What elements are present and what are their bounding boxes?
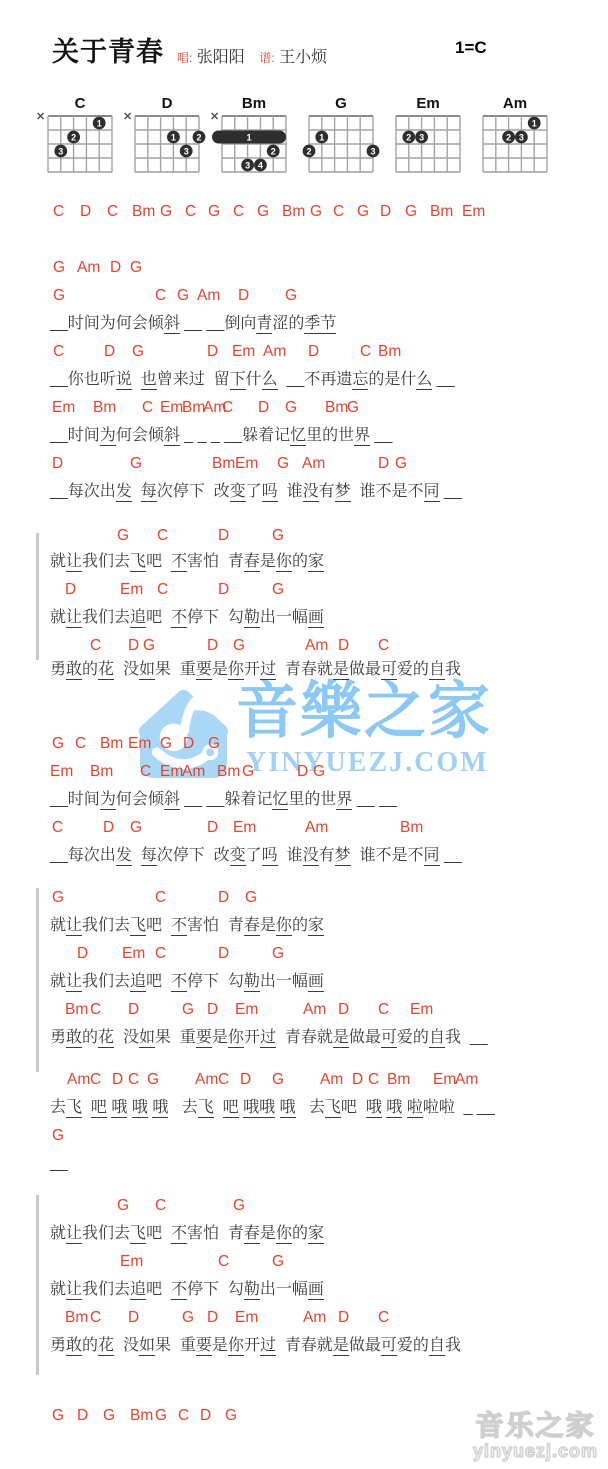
lyric-segment: 是 (260, 917, 276, 934)
svg-text:2: 2 (196, 132, 201, 142)
chord-token: G (272, 580, 284, 600)
chord-token: Am (263, 342, 286, 362)
tab-label: 谱: (259, 51, 274, 65)
svg-text:1: 1 (171, 132, 176, 142)
lyric-segment: 梦 (335, 483, 351, 502)
chord-token: G (310, 202, 322, 222)
lyric-segment: 不 (171, 609, 187, 628)
lyric-line: __你也听说 也曾来过 留下什么 __不再遗忘的是什么 __ (50, 370, 455, 390)
chord-token: G (117, 1196, 129, 1216)
lyric-segment: 谁 (278, 847, 303, 864)
chord-token: G (130, 454, 142, 474)
lyric-segment: 我 (445, 1337, 461, 1354)
chord-token: G (52, 734, 64, 754)
chord-token: D (183, 734, 194, 754)
chord-token: G (242, 762, 254, 782)
lyric-segment: 何会倾 (116, 791, 164, 808)
svg-text:4: 4 (258, 160, 263, 170)
lyric-segment: 谁 (278, 483, 303, 500)
chord-token: C (53, 342, 64, 362)
chord-token: Am (182, 762, 205, 782)
chord-token: Em (433, 1070, 456, 1090)
lyric-line: __每次出发 每次停下 改变了吗 谁没有梦 谁不是不同 __ (50, 482, 462, 502)
chord-token: G (272, 1252, 284, 1272)
chord-token: Bm (325, 398, 348, 418)
lyric-segment: 每 (141, 483, 157, 502)
lyric-segment: 的 (292, 553, 308, 570)
lyric-segment: 做最 (349, 1029, 381, 1046)
lyric-segment: 么 (262, 371, 278, 390)
lyric-segment: 吧 (146, 1281, 171, 1298)
lyric-segment: __ __ (352, 791, 396, 808)
lyric-segment: __ (50, 427, 68, 444)
lyric-segment (214, 1099, 223, 1116)
lyric-segment: 里的世 (306, 427, 354, 444)
lyric-segment: 家 (308, 553, 324, 572)
chord-diagram-G: G123 (295, 96, 383, 180)
lyric-segment: 不 (171, 973, 187, 992)
lyric-segment: __ (50, 483, 68, 500)
chord-token: C (368, 1070, 379, 1090)
lyric-segment: 如 (139, 1337, 155, 1356)
chord-sheet-page: 关于青春 唱: 张阳阳 谱: 王小烦 1=C 音樂之家 YINYUEZJ.COM… (0, 0, 608, 1469)
lyric-segment: 家 (308, 1225, 324, 1244)
lyric-segment: 是 (212, 661, 228, 678)
chord-token: Am (197, 286, 220, 306)
lyric-segment: 曾来过 留 (157, 371, 230, 388)
lyric-segment: 的 (82, 1029, 98, 1046)
lyric-segment: 飞 (130, 1225, 146, 1244)
lyric-segment: 时间为何会倾 (68, 315, 164, 332)
lyric-segment: 勒 (244, 973, 260, 992)
vocal-name: 张阳阳 (197, 49, 245, 66)
lyric-line: 就让我们去飞吧 不害怕 青春是你的家 (50, 916, 324, 936)
chord-token: Bm (212, 454, 235, 474)
lyric-segment: 停下 勾 (187, 1281, 244, 1298)
lyric-segment: 我们去 (82, 973, 130, 990)
svg-text:Bm: Bm (242, 96, 266, 112)
chord-token: G (155, 1406, 167, 1426)
chord-token: G (52, 888, 64, 908)
lyric-segment: 去 (296, 1099, 325, 1116)
lyric-segment: 是 (212, 1029, 228, 1046)
chord-token: D (338, 1000, 349, 1020)
chord-token: G (160, 202, 172, 222)
lyric-segment: 出一幅 (260, 1281, 308, 1298)
lyric-segment: 啦啦 _ __ (423, 1099, 495, 1116)
lyric-segment: 了 (246, 483, 262, 500)
chord-token: Bm (130, 1406, 153, 1426)
chord-token: Am (305, 818, 328, 838)
lyric-segment: 吧 (146, 553, 171, 570)
lyric-segment: 哦 (280, 1099, 296, 1118)
svg-text:1: 1 (319, 132, 324, 142)
chord-token: Bm (282, 202, 305, 222)
chord-token: G (347, 398, 359, 418)
chord-token: C (128, 1070, 139, 1090)
lyric-segment: 吧 (146, 1225, 171, 1242)
chord-token: D (112, 1070, 123, 1090)
chord-token: C (52, 818, 63, 838)
chord-token: Am (320, 1070, 343, 1090)
lyric-segment: 如 (139, 661, 155, 680)
lyric-segment: 做最 (349, 1337, 381, 1354)
lyric-segment: 为 (100, 791, 116, 810)
lyric-segment: 画 (308, 1281, 324, 1300)
chord-token: Am (67, 1070, 90, 1090)
lyric-segment: 去 (50, 1099, 66, 1116)
chord-token: C (140, 762, 151, 782)
lyric-segment: 我们去 (82, 553, 130, 570)
chord-token: Am (303, 1000, 326, 1020)
svg-text:1: 1 (532, 118, 537, 128)
lyric-segment: 时间 (68, 427, 100, 444)
chord-token: Em (128, 734, 151, 754)
lyric-segment: 吗 (262, 483, 278, 502)
lyric-segment: 自 (429, 1337, 445, 1356)
lyric-segment: 谁不是不 (351, 483, 424, 500)
svg-text:3: 3 (245, 160, 250, 170)
chord-token: G (130, 818, 142, 838)
chord-token: C (222, 398, 233, 418)
chord-token: G (52, 1126, 64, 1146)
chord-token: Em (410, 1000, 433, 1020)
lyric-segment (132, 371, 141, 388)
svg-text:2: 2 (506, 132, 511, 142)
chord-token: G (53, 286, 65, 306)
lyric-segment: 涩的 (272, 315, 304, 332)
lyric-segment: 果 重 (155, 1337, 196, 1354)
lyric-segment: 害怕 青 (187, 553, 244, 570)
lyric-segment: 下 (230, 371, 246, 390)
lyric-segment: 你 (276, 1225, 292, 1244)
lyric-line: __ (50, 1154, 68, 1174)
chord-token: Em (235, 1308, 258, 1328)
lyric-segment: 同 (424, 483, 440, 502)
lyric-segment: 自 (429, 1029, 445, 1048)
chord-token: Em (122, 944, 145, 964)
chord-token: Em (462, 202, 485, 222)
lyric-segment: _ _ _ __ (180, 427, 242, 444)
chord-token: Em (232, 342, 255, 362)
lyric-segment: 季节 (304, 315, 336, 334)
chord-diagram-Bm: Bm✕1234 (208, 96, 296, 180)
lyric-segment: 吗 (262, 847, 278, 866)
lyric-segment: 每次出 (68, 483, 116, 500)
lyric-segment: 吧 (146, 609, 171, 626)
lyric-segment: 让 (66, 917, 82, 936)
chord-token: C (218, 1070, 229, 1090)
lyric-segment: 说 (116, 371, 132, 390)
svg-text:2: 2 (406, 132, 411, 142)
lyric-segment (132, 483, 141, 500)
lyric-segment: 的 (82, 1337, 98, 1354)
lyric-segment: 躲着记 (224, 791, 272, 808)
lyric-segment: 果 重 (155, 1029, 196, 1046)
lyric-segment: 要 (196, 661, 212, 680)
lyric-segment: 发 (116, 847, 132, 866)
lyric-segment: 过 (260, 1337, 276, 1356)
chord-token: D (207, 1308, 218, 1328)
lyric-line: __时间为何会倾斜 __ __躲着记忆里的世界 __ __ (50, 790, 397, 810)
lyric-segment: 可 (381, 1029, 397, 1048)
lyric-line: 就让我们去飞吧 不害怕 青春是你的家 (50, 552, 324, 572)
lyric-segment: 花 (98, 661, 114, 680)
lyric-segment: __ (461, 1029, 488, 1046)
chord-token: Em (233, 818, 256, 838)
lyric-line: 勇敢的花 没如果 重要是你开过 青春就是做最可爱的自我 (50, 660, 461, 680)
lyric-segment: 让 (66, 1225, 82, 1244)
chord-token: C (155, 1196, 166, 1216)
chord-token: G (313, 762, 325, 782)
lyric-segment: 春 (244, 917, 260, 936)
lyric-segment: 里的世 (288, 791, 336, 808)
svg-text:3: 3 (519, 132, 524, 142)
chord-token: G (257, 202, 269, 222)
lyric-segment: 同 (424, 847, 440, 866)
lyric-segment: 没 (303, 483, 319, 502)
lyric-segment: 就 (50, 1225, 66, 1242)
chord-token: G (103, 1406, 115, 1426)
svg-text:3: 3 (419, 132, 424, 142)
lyric-segment: 可 (381, 1337, 397, 1356)
corner-watermark: 音乐之家 yinyuezj.com (473, 1411, 598, 1461)
chord-token: G (53, 258, 65, 278)
lyric-segment: 追 (130, 1281, 146, 1300)
lyric-segment: 敢 (66, 1337, 82, 1356)
lyric-segment: 我 (445, 661, 461, 678)
lyric-segment: 你 (228, 1029, 244, 1048)
chord-token: D (338, 636, 349, 656)
chord-token: G (405, 202, 417, 222)
chord-token: Em (120, 1252, 143, 1272)
chord-token: D (110, 258, 121, 278)
lyric-segment: 就 (50, 973, 66, 990)
lyric-segment: 画 (308, 609, 324, 628)
svg-text:1: 1 (97, 118, 102, 128)
chord-token: G (132, 342, 144, 362)
lyric-segment: 也 (141, 371, 157, 390)
chord-token: C (107, 202, 118, 222)
lyric-line: __时间为何会倾斜 __ __倒向青涩的季节 (50, 314, 336, 334)
lyric-segment: 不 (171, 917, 187, 936)
lyric-segment: 不 (171, 1281, 187, 1300)
chord-token: G (52, 1406, 64, 1426)
chord-token: D (238, 286, 249, 306)
lyric-segment: __ (370, 427, 392, 444)
lyric-segment: 去 (168, 1099, 197, 1116)
chord-token: Bm (182, 398, 205, 418)
vocal-label: 唱: (177, 51, 192, 65)
chord-diagram-Em: Em23 (382, 96, 470, 180)
svg-text:✕: ✕ (123, 111, 132, 123)
lyric-segment: 勇 (50, 1029, 66, 1046)
lyric-segment: 不 (171, 553, 187, 572)
chord-token: G (160, 734, 172, 754)
chord-token: Em (160, 398, 183, 418)
chord-token: G (143, 636, 155, 656)
chord-token: G (272, 944, 284, 964)
chord-token: Bm (93, 398, 116, 418)
lyric-segment: 害怕 青 (187, 1225, 244, 1242)
chord-token: D (218, 526, 229, 546)
lyric-segment: 青春就 (276, 1029, 333, 1046)
lyric-segment: 让 (66, 973, 82, 992)
chord-token: C (53, 202, 64, 222)
lyric-segment: 爱的 (397, 1029, 429, 1046)
chord-token: D (352, 1070, 363, 1090)
lyric-segment: 花 (98, 1337, 114, 1356)
lyric-line: __每次出发 每次停下 改变了吗 谁没有梦 谁不是不同 __ (50, 846, 462, 866)
lyric-segment: 自 (429, 661, 445, 680)
lyric-segment: __ (50, 371, 68, 388)
chord-token: D (200, 1406, 211, 1426)
lyric-segment: 变 (230, 483, 246, 502)
lyric-segment: __ (50, 315, 68, 332)
chord-token: G (147, 1070, 159, 1090)
lyric-segment: 忆 (290, 427, 306, 446)
corner-watermark-brand: 音乐之家 (473, 1411, 598, 1441)
lyric-segment: 倒向 (224, 315, 256, 332)
chord-token: D (128, 1308, 139, 1328)
lyric-line: 就让我们去追吧 不停下 勾勒出一幅画 (50, 608, 324, 628)
lyric-segment: 不 (171, 1225, 187, 1244)
lyric-segment: __ (50, 791, 68, 808)
svg-text:2: 2 (271, 146, 276, 156)
lyric-segment: 次停下 改 (157, 483, 230, 500)
svg-text:✕: ✕ (210, 111, 219, 123)
chord-token: Bm (378, 342, 401, 362)
chord-token: G (357, 202, 369, 222)
lyric-segment: __ (50, 1155, 68, 1172)
lyric-segment: 吧 (146, 973, 171, 990)
chord-token: C (333, 202, 344, 222)
chord-token: C (142, 398, 153, 418)
chord-token: Em (235, 454, 258, 474)
lyric-segment: 没 (114, 661, 139, 678)
lyric-segment: 爱的 (397, 1337, 429, 1354)
chord-token: C (90, 636, 101, 656)
lyric-segment: 飞 (198, 1099, 214, 1118)
svg-text:C: C (75, 96, 86, 112)
chord-token: D (378, 454, 389, 474)
lyric-segment: 勒 (244, 1281, 260, 1300)
lyric-segment: 何会倾 (116, 427, 164, 444)
chord-token: C (378, 1000, 389, 1020)
lyric-segment: 梦 (335, 847, 351, 866)
lyric-segment: 就 (50, 609, 66, 626)
chord-token: C (185, 202, 196, 222)
chord-token: D (103, 818, 114, 838)
lyric-segment: 让 (66, 1281, 82, 1300)
chord-token: D (104, 342, 115, 362)
svg-text:3: 3 (184, 146, 189, 156)
lyric-line: 就让我们去追吧 不停下 勾勒出一幅画 (50, 1280, 324, 1300)
svg-text:3: 3 (58, 146, 63, 156)
lyric-segment: 发 (116, 483, 132, 502)
key-signature: 1=C (455, 38, 487, 58)
lyric-segment: 你 (228, 1337, 244, 1356)
chord-token: D (77, 944, 88, 964)
lyric-segment: 了 (246, 847, 262, 864)
lyric-line: __时间为何会倾斜 _ _ _ __躲着记忆里的世界 __ (50, 426, 392, 446)
chord-token: D (297, 762, 308, 782)
lyric-segment: 开 (244, 1029, 260, 1046)
lyric-segment: 飞 (66, 1099, 82, 1118)
lyric-segment: 花 (98, 1029, 114, 1048)
lyric-segment: 要 (196, 1029, 212, 1048)
chord-token: D (218, 580, 229, 600)
chord-token: G (395, 454, 407, 474)
lyric-segment (132, 847, 141, 864)
lyric-segment: 变 (230, 847, 246, 866)
chord-token: D (128, 1000, 139, 1020)
corner-watermark-domain: yinyuezj.com (473, 1441, 598, 1461)
lyric-segment: 做最 (349, 661, 381, 678)
lyric-segment: 出一幅 (260, 609, 308, 626)
chord-diagram-Am: Am123 (469, 96, 557, 180)
lyric-segment: 就 (50, 1281, 66, 1298)
chord-token: D (77, 1406, 88, 1426)
lyric-segment: 我 (445, 1029, 461, 1046)
lyric-segment: 敢 (66, 661, 82, 680)
lyric-segment: 的是什 (368, 371, 416, 388)
lyric-segment: 忆 (272, 791, 288, 810)
lyric-segment: 要 (196, 1337, 212, 1356)
chord-token: Am (303, 1308, 326, 1328)
lyric-segment: 让 (66, 609, 82, 628)
chord-token: C (178, 1406, 189, 1426)
chord-token: Bm (217, 762, 240, 782)
lyric-segment: 我们去 (82, 609, 130, 626)
lyric-segment: 追 (130, 609, 146, 628)
chord-token: Bm (430, 202, 453, 222)
chord-token: C (155, 286, 166, 306)
lyric-segment: 你也听 (68, 371, 116, 388)
svg-text:Am: Am (503, 96, 527, 112)
chord-token: Am (77, 258, 100, 278)
tab-name: 王小烦 (279, 49, 327, 66)
credits: 唱: 张阳阳 谱: 王小烦 (177, 44, 337, 67)
lyric-segment: 哦哦 (243, 1099, 275, 1118)
chord-token: G (208, 734, 220, 754)
chord-token: G (272, 526, 284, 546)
chord-token: C (157, 526, 168, 546)
chord-token: G (177, 286, 189, 306)
chord-token: Am (305, 636, 328, 656)
chord-token: C (90, 1070, 101, 1090)
lyric-segment: 是 (260, 1225, 276, 1242)
lyric-segment: 的 (292, 917, 308, 934)
lyric-segment: 追 (130, 973, 146, 992)
lyric-segment: 勒 (244, 609, 260, 628)
lyric-segment: 次停下 改 (157, 847, 230, 864)
lyric-segment: 吧 (223, 1099, 239, 1118)
chord-token: D (80, 202, 91, 222)
lyric-segment: 为 (100, 427, 116, 446)
lyric-segment: 有 (319, 483, 335, 500)
chord-token: D (218, 944, 229, 964)
chord-token: G (182, 1308, 194, 1328)
lyric-segment: 开 (244, 661, 260, 678)
chord-token: G (182, 1000, 194, 1020)
chord-token: C (155, 888, 166, 908)
chord-token: Am (455, 1070, 478, 1090)
lyric-segment: 哦 (111, 1099, 127, 1118)
chord-token: G (208, 202, 220, 222)
lyric-segment: 果 重 (155, 661, 196, 678)
chord-token: D (308, 342, 319, 362)
